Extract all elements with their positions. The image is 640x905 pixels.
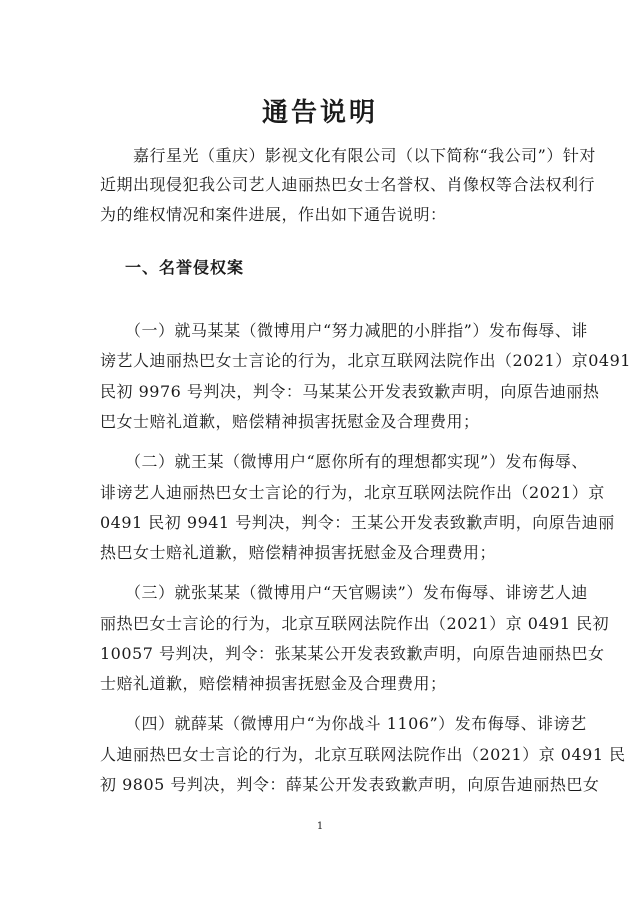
section-heading: 一、名誉侵权案 xyxy=(125,255,244,278)
page-number: 1 xyxy=(0,821,640,832)
case-line: 丽热巴女士言论的行为，北京互联网法院作出（2021）京 0491 民初 xyxy=(100,613,542,635)
case-line: 民初 9976 号判决，判令：马某某公开发表致歉声明，向原告迪丽热 xyxy=(100,381,542,403)
case-line: 士赔礼道歉，赔偿精神损害抚慰金及合理费用； xyxy=(100,673,542,695)
case-line: 10057 号判决，判令：张某某公开发表致歉声明，向原告迪丽热巴女 xyxy=(100,643,542,665)
case-line: 0491 民初 9941 号判决，判令：王某公开发表致歉声明，向原告迪丽 xyxy=(100,512,542,534)
case-line: （四）就薛某（微博用户“为你战斗 1106”）发布侮辱、诽谤艺 xyxy=(100,713,542,735)
case-line: 初 9805 号判决，判令：薛某公开发表致歉声明，向原告迪丽热巴女 xyxy=(100,774,542,796)
intro-line: 为的维权情况和案件进展，作出如下通告说明： xyxy=(100,204,542,226)
case-line: （二）就王某（微博用户“愿你所有的理想都实现”）发布侮辱、 xyxy=(100,451,542,473)
case-line: 人迪丽热巴女士言论的行为，北京互联网法院作出（2021）京 0491 民 xyxy=(100,744,542,766)
case-line: 诽谤艺人迪丽热巴女士言论的行为，北京互联网法院作出（2021）京 xyxy=(100,482,542,504)
case-line: 巴女士赔礼道歉，赔偿精神损害抚慰金及合理费用； xyxy=(100,411,542,433)
page-title: 通告说明 xyxy=(0,92,640,129)
intro-line: 嘉行星光（重庆）影视文化有限公司（以下简称“我公司”）针对 xyxy=(100,145,542,167)
intro-line: 近期出现侵犯我公司艺人迪丽热巴女士名誉权、肖像权等合法权利行 xyxy=(100,174,542,196)
case-line: 谤艺人迪丽热巴女士言论的行为，北京互联网法院作出（2021）京0491 xyxy=(100,350,542,372)
case-line: 热巴女士赔礼道歉，赔偿精神损害抚慰金及合理费用； xyxy=(100,542,542,564)
case-line: （一）就马某某（微博用户“努力减肥的小胖指”）发布侮辱、诽 xyxy=(100,320,542,342)
case-line: （三）就张某某（微博用户“天官赐读”）发布侮辱、诽谤艺人迪 xyxy=(100,582,542,604)
